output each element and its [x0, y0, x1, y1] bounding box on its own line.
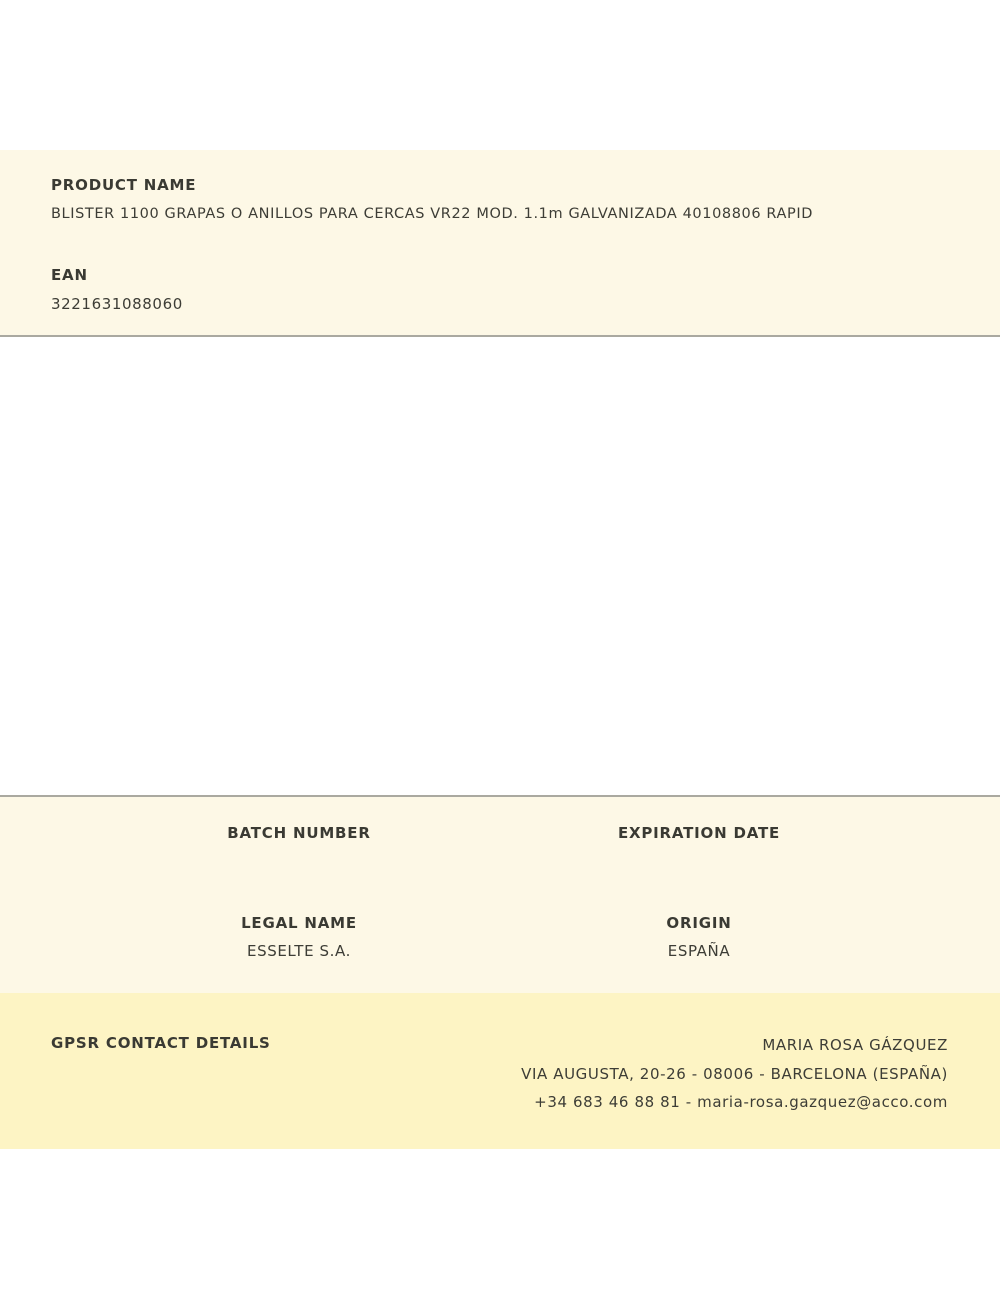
gpsr-contact-block: MARIA ROSA GÁZQUEZ VIA AUGUSTA, 20-26 - … [521, 1031, 948, 1117]
contact-address: VIA AUGUSTA, 20-26 - 08006 - BARCELONA (… [521, 1060, 948, 1089]
contact-phone-email: +34 683 46 88 81 - maria-rosa.gazquez@ac… [521, 1088, 948, 1117]
batch-number-field: BATCH NUMBER [149, 824, 449, 852]
legal-name-label: LEGAL NAME [149, 914, 449, 932]
ean-value: 3221631088060 [51, 295, 183, 313]
origin-label: ORIGIN [549, 914, 849, 932]
origin-value: ESPAÑA [549, 942, 849, 960]
origin-field: ORIGIN ESPAÑA [549, 914, 849, 960]
batch-number-label: BATCH NUMBER [149, 824, 449, 842]
product-info-section: PRODUCT NAME BLISTER 1100 GRAPAS O ANILL… [0, 150, 1000, 337]
legal-name-value: ESSELTE S.A. [149, 942, 449, 960]
contact-name: MARIA ROSA GÁZQUEZ [521, 1031, 948, 1060]
expiration-date-label: EXPIRATION DATE [549, 824, 849, 842]
legal-name-field: LEGAL NAME ESSELTE S.A. [149, 914, 449, 960]
batch-details-section: BATCH NUMBER EXPIRATION DATE LEGAL NAME … [0, 795, 1000, 995]
product-name-label: PRODUCT NAME [51, 176, 196, 194]
gpsr-contact-section: GPSR CONTACT DETAILS MARIA ROSA GÁZQUEZ … [0, 993, 1000, 1149]
gpsr-contact-label: GPSR CONTACT DETAILS [51, 1034, 271, 1052]
ean-label: EAN [51, 266, 88, 284]
expiration-date-field: EXPIRATION DATE [549, 824, 849, 852]
product-name-value: BLISTER 1100 GRAPAS O ANILLOS PARA CERCA… [51, 206, 813, 222]
